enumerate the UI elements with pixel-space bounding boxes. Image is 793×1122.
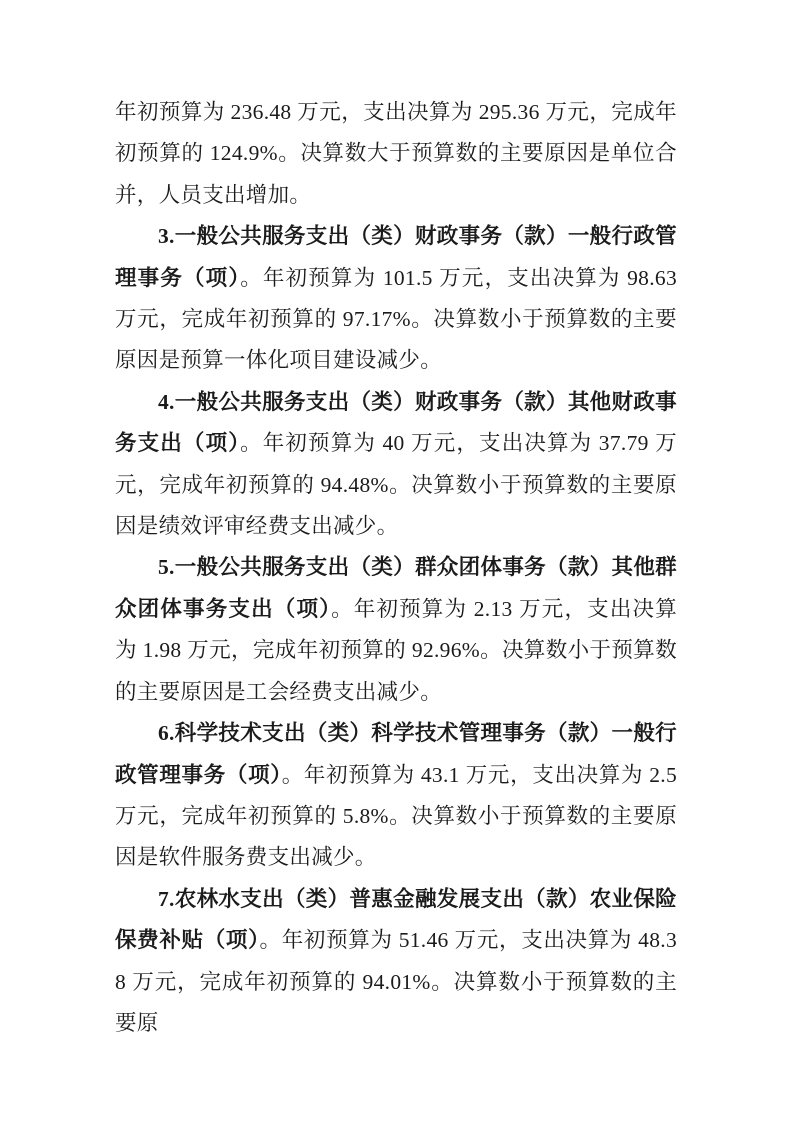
paragraph-body: 年初预算为 236.48 万元，支出决算为 295.36 万元，完成年初预算的 …	[115, 100, 677, 207]
budget-item-7: 7.农林水支出（类）普惠金融发展支出（款）农业保险保费补贴（项）。年初预算为 5…	[115, 879, 677, 1045]
budget-item-3: 3.一般公共服务支出（类）财政事务（款）一般行政管理事务（项）。年初预算为 10…	[115, 216, 677, 382]
budget-item-6: 6.科学技术支出（类）科学技术管理事务（款）一般行政管理事务（项）。年初预算为 …	[115, 713, 677, 879]
document-text-block: 年初预算为 236.48 万元，支出决算为 295.36 万元，完成年初预算的 …	[115, 92, 677, 1044]
document-page: 年初预算为 236.48 万元，支出决算为 295.36 万元，完成年初预算的 …	[0, 0, 793, 1122]
paragraph-continuation: 年初预算为 236.48 万元，支出决算为 295.36 万元，完成年初预算的 …	[115, 92, 677, 216]
budget-item-5: 5.一般公共服务支出（类）群众团体事务（款）其他群众团体事务支出（项）。年初预算…	[115, 547, 677, 713]
budget-item-4: 4.一般公共服务支出（类）财政事务（款）其他财政事务支出（项）。年初预算为 40…	[115, 382, 677, 548]
